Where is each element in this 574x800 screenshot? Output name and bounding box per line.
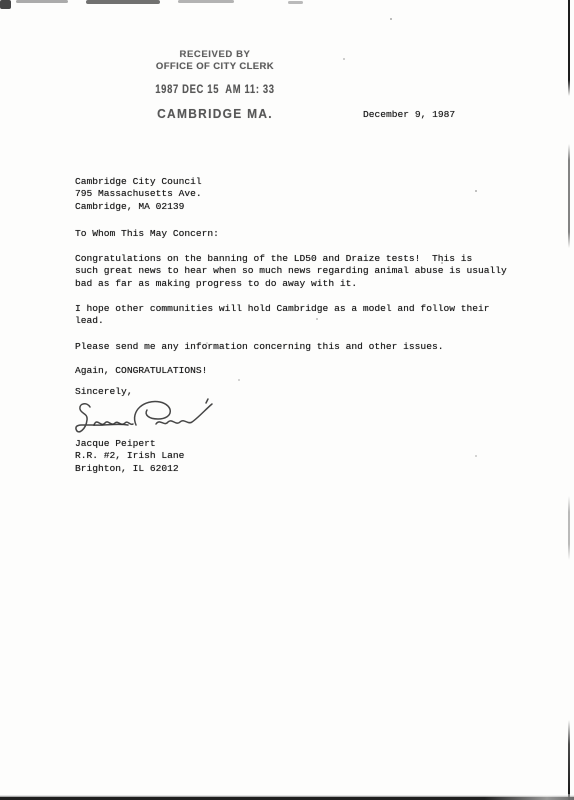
- stamp-city: CAMBRIDGE MA.: [128, 106, 303, 121]
- scan-artifact-bottom-fade: [484, 794, 574, 800]
- received-stamp: RECEIVED BY OFFICE OF CITY CLERK 1987 DE…: [120, 49, 310, 121]
- body-paragraph: Congratulations on the banning of the LD…: [75, 253, 507, 290]
- sender-address-block: Jacque Peipert R.R. #2, Irish Lane Brigh…: [75, 438, 184, 475]
- body-paragraph: Please send me any information concernin…: [75, 341, 443, 353]
- scan-artifact-top-smudge: [178, 0, 234, 3]
- scan-artifact-right-edge: [568, 0, 570, 800]
- stamp-office-line: OFFICE OF CITY CLERK: [120, 61, 310, 72]
- body-paragraph: I hope other communities will hold Cambr…: [75, 303, 490, 328]
- scan-artifact-top-smudge: [288, 1, 303, 4]
- recipient-address-block: Cambridge City Council 795 Massachusetts…: [75, 176, 202, 213]
- salutation: To Whom This May Concern:: [75, 228, 219, 240]
- stamp-date-time: 1987 DEC 15 AM 11: 33: [137, 84, 293, 96]
- scan-artifact-top-smudge: [16, 0, 68, 3]
- scanned-letter-page: RECEIVED BY OFFICE OF CITY CLERK 1987 DE…: [0, 0, 574, 800]
- scan-noise-specks: [0, 0, 2, 2]
- body-paragraph: Again, CONGRATULATIONS!: [75, 365, 207, 377]
- scan-artifact-top-smudge: [86, 0, 160, 4]
- stamp-received-by: RECEIVED BY: [120, 49, 310, 60]
- letter-date: December 9, 1987: [363, 109, 455, 121]
